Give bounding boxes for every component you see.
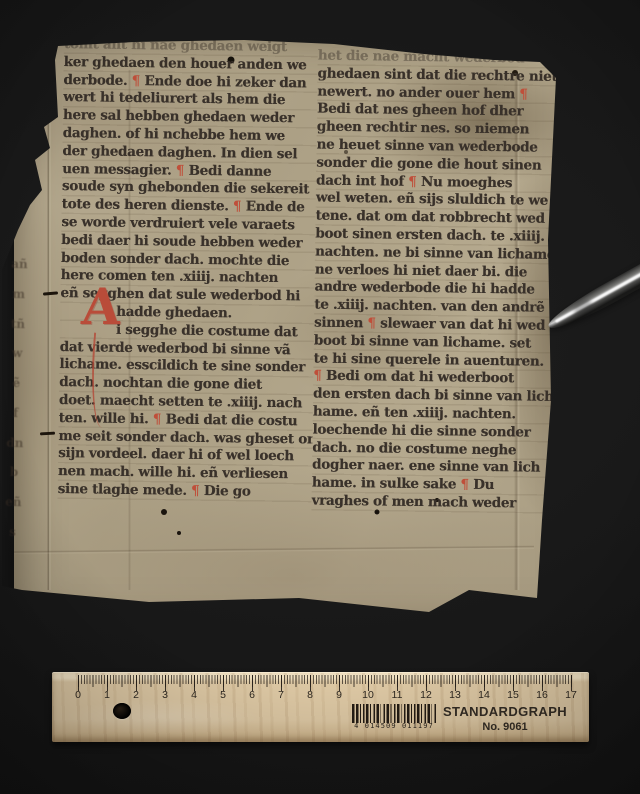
manuscript-text-line: tomt ant hi nae ghedaen weigt	[64, 36, 318, 57]
ruler-brand: STANDARDGRAPH	[430, 704, 580, 719]
manuscript-text-line: vraghes of men mach weder	[311, 492, 565, 513]
ruler-model-number: No. 9061	[430, 721, 580, 733]
ruler-hole	[113, 703, 131, 719]
manuscript-text-line: het die nae macht wederbod	[318, 48, 572, 69]
rubric-mark: ¶	[176, 162, 185, 178]
ghost-text-strip: añmtñwẽfdnbeñs	[0, 258, 34, 539]
rubric-mark: ¶	[460, 477, 469, 493]
glass-rod-highlight	[554, 261, 640, 323]
rubric-mark: ¶	[367, 315, 376, 331]
ruler-scale-numbers: 01234567891011121314151617	[78, 689, 571, 703]
ghost-text-fragment: b	[10, 466, 19, 478]
manuscript-right-column: het die nae macht wederbodghedaen sint d…	[311, 48, 571, 514]
photo-scene: añmtñwẽfdnbeñs tomt ant hi nae ghedaen w…	[0, 0, 640, 794]
ghost-text-fragment: tñ	[11, 317, 26, 329]
rubric-mark: ¶	[191, 483, 200, 499]
rubricated-initial: A	[80, 282, 122, 332]
ghost-text-fragment: dn	[6, 436, 23, 448]
manuscript-text-line: sine tlaghe mede. ¶ Die go	[58, 481, 312, 502]
ghost-text-fragment: w	[12, 347, 23, 359]
glass-rod	[544, 254, 640, 335]
fold-crease	[14, 545, 534, 554]
manuscript-left-column: tomt ant hi nae ghedaen weigtker ghedaen…	[58, 36, 318, 502]
ghost-text-fragment: f	[13, 407, 18, 419]
rubric-mark: ¶	[233, 199, 242, 215]
wooden-ruler: 01234567891011121314151617 4 014509 0111…	[52, 672, 589, 742]
stitch-slit	[43, 291, 58, 295]
ghost-text-fragment: s	[9, 526, 16, 538]
ghost-text-fragment: ẽ	[12, 377, 20, 389]
wormhole-specks	[14, 30, 18, 34]
rubric-mark: ¶	[519, 86, 528, 102]
ghost-text-fragment: añ	[11, 258, 28, 270]
manuscript-page: añmtñwẽfdnbeñs tomt ant hi nae ghedaen w…	[14, 30, 590, 632]
ghost-text-fragment: m	[12, 288, 25, 300]
fold-crease	[47, 85, 51, 590]
rubric-mark: ¶	[408, 173, 417, 189]
ruler-barcode-digits: 4 014509 011197	[346, 722, 442, 730]
ruler-barcode	[352, 704, 436, 723]
ghost-text-fragment: eñ	[5, 496, 22, 508]
rubric-mark: ¶	[132, 73, 141, 89]
stitch-slit	[40, 432, 55, 436]
